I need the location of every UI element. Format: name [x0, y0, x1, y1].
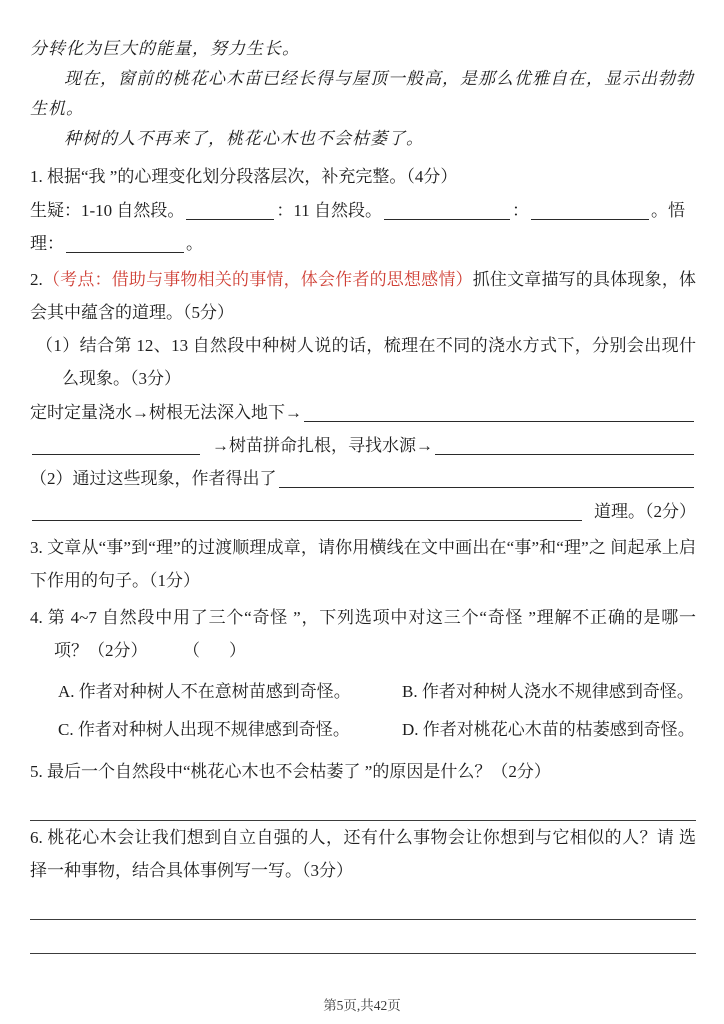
answer-blank [66, 252, 184, 253]
answer-rule-line [30, 921, 696, 954]
passage-paragraph: 种树的人不再来了，桃花心木也不会枯萎了。 [30, 124, 696, 154]
answer-blank [186, 219, 274, 220]
q1-fill-text: ： [512, 195, 529, 226]
answer-rule-line [30, 887, 696, 920]
q2-sub2-line-1: （2）通过这些现象，作者得出了 [30, 461, 696, 494]
q2-flow-line-1: 定时定量浇水→树根无法深入地下→ [30, 395, 696, 428]
q2-flow-text: 定时定量浇水→树根无法深入地下→ [30, 397, 302, 428]
option-d: D. 作者对桃花心木苗的枯萎感到奇怪。 [402, 711, 696, 749]
q1-fill-text: 。悟 [651, 195, 685, 226]
question-2-prompt: 2.（考点：借助与事物相关的事情，体会作者的思想感情）抓住文章描写的具体现象，体… [30, 263, 696, 329]
q1-fill-text: ：11 自然段。 [276, 195, 382, 226]
answer-blank [304, 421, 694, 422]
question-1-fill-line-2: 理： 。 [30, 226, 696, 259]
q2-number: 2. [30, 270, 43, 289]
question-5-prompt: 5. 最后一个自然段中“桃花心木也不会枯萎了 ”的原因是什么？（2分） [30, 755, 696, 788]
q4-answer-brackets: （ ） [192, 641, 253, 660]
q1-fill-text: 。 [186, 228, 203, 259]
q4-options: A. 作者对种树人不在意树苗感到奇怪。 B. 作者对种树人浇水不规律感到奇怪。 … [30, 673, 696, 749]
q2-sub2-suffix: 道理。（2分） [594, 496, 696, 527]
page-number-indicator: 第5页,共42页 [0, 994, 724, 1014]
option-b: B. 作者对种树人浇水不规律感到奇怪。 [402, 673, 696, 711]
answer-blank [531, 219, 649, 220]
q1-fill-text: 生疑：1-10 自然段。 [30, 195, 184, 226]
question-3-prompt: 3. 文章从“事”到“理”的过渡顺理成章，请你用横线在文中画出在“事”和“理”之… [30, 531, 696, 597]
q2-sub2-prefix: （2）通过这些现象，作者得出了 [30, 463, 277, 494]
q1-fill-text: 理： [30, 228, 64, 259]
passage-line-continuation: 分转化为巨大的能量，努力生长。 [30, 34, 696, 64]
question-6-prompt: 6. 桃花心木会让我们想到自立自强的人，还有什么事物会让你想到与它相似的人？请 … [30, 821, 696, 887]
q2-flow-line-2: →树苗拼命扎根，寻找水源→ [30, 428, 696, 461]
question-4-prompt: 4. 第 4~7 自然段中用了三个“奇怪 ”，下列选项中对这三个“奇怪 ”理解不… [30, 601, 696, 667]
q4-options-row-2: C. 作者对种树人出现不规律感到奇怪。 D. 作者对桃花心木苗的枯萎感到奇怪。 [30, 711, 696, 749]
q4-prompt-text: 4. 第 4~7 自然段中用了三个“奇怪 ”，下列选项中对这三个“奇怪 ”理解不… [30, 608, 696, 660]
answer-blank [32, 520, 582, 521]
option-c: C. 作者对种树人出现不规律感到奇怪。 [30, 711, 402, 749]
answer-rule-line [30, 788, 696, 821]
q2-sub2-line-2: 道理。（2分） [30, 494, 696, 527]
question-1-prompt: 1. 根据“我 ”的心理变化划分段落层次，补充完整。（4分） [30, 160, 696, 193]
answer-blank [384, 219, 510, 220]
answer-blank [435, 454, 694, 455]
question-2-sub1: （1）结合第 12、13 自然段中种树人说的话，梳理在不同的浇水方式下，分别会出… [36, 329, 696, 395]
answer-blank [279, 487, 695, 488]
passage-paragraph: 现在，窗前的桃花心木苗已经长得与屋顶一般高，是那么优雅自在，显示出勃勃生机。 [30, 64, 696, 124]
reading-passage: 分转化为巨大的能量，努力生长。 现在，窗前的桃花心木苗已经长得与屋顶一般高，是那… [30, 34, 696, 154]
q2-flow-text: →树苗拼命扎根，寻找水源→ [212, 430, 433, 461]
question-1-fill-line-1: 生疑：1-10 自然段。 ：11 自然段。 ： 。悟 [30, 193, 696, 226]
q2-exam-point: （考点：借助与事物相关的事情，体会作者的思想感情） [43, 270, 473, 289]
answer-blank [32, 454, 200, 455]
exam-page: 分转化为巨大的能量，努力生长。 现在，窗前的桃花心木苗已经长得与屋顶一般高，是那… [0, 0, 724, 1024]
q4-options-row-1: A. 作者对种树人不在意树苗感到奇怪。 B. 作者对种树人浇水不规律感到奇怪。 [30, 673, 696, 711]
option-a: A. 作者对种树人不在意树苗感到奇怪。 [30, 673, 402, 711]
